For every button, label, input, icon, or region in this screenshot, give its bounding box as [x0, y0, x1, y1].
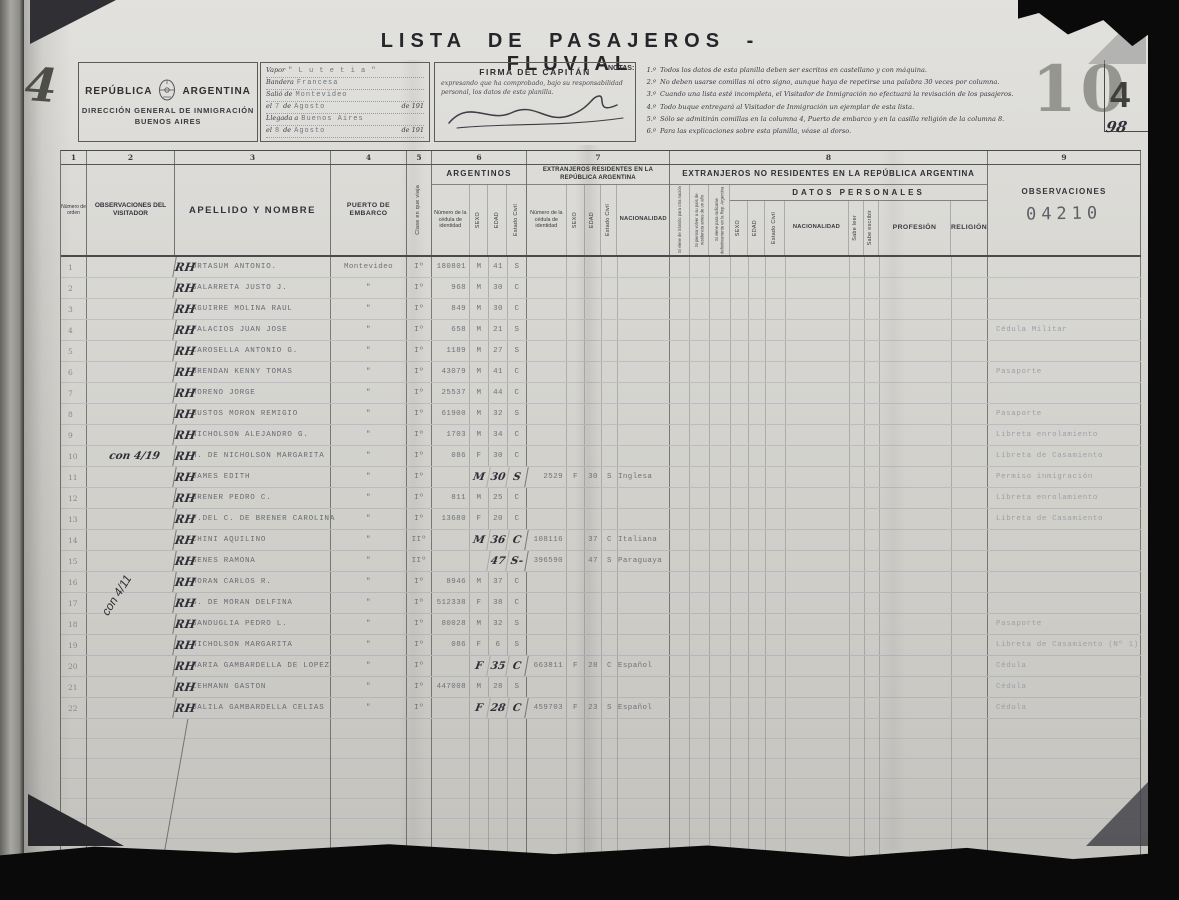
cell-empty — [710, 278, 731, 298]
cell-empty — [710, 467, 731, 487]
cell-empty — [766, 362, 786, 382]
cell-empty — [749, 467, 766, 487]
salio-label: Salió de — [266, 90, 292, 98]
cell-a_sexo: M — [470, 404, 489, 424]
cell-f_sexo — [567, 677, 585, 697]
col-number: 5 — [407, 151, 432, 164]
de-label: de — [283, 102, 291, 110]
cell-empty — [952, 635, 988, 655]
cell-f_sexo — [567, 257, 585, 277]
cell-name: RHLEHMANN GASTON — [175, 677, 331, 697]
cell-clase: IIº — [407, 530, 432, 550]
table-row: 9RHNICHOLSON ALEJANDRO G."Iº1703M34CLibr… — [61, 425, 1141, 446]
cell-a_ced — [432, 656, 470, 676]
col-header-religion: RELIGIÓN — [951, 224, 987, 232]
cell-n: 8 — [61, 404, 87, 424]
cell-visit — [85, 383, 177, 403]
cell-f_ced: 108116 — [527, 530, 567, 550]
cell-empty — [749, 593, 766, 613]
cell-empty — [731, 656, 749, 676]
cell-empty — [749, 656, 766, 676]
cell-empty — [766, 446, 786, 466]
cell-a_sexo: M — [470, 488, 489, 508]
cell-empty — [766, 383, 786, 403]
cell-empty — [670, 677, 690, 697]
cell-a_sexo: M — [470, 572, 489, 592]
cell-f_sexo: F — [567, 656, 585, 676]
cell-empty — [766, 488, 786, 508]
cell-name: RHGALARRETA JUSTO J. — [175, 278, 331, 298]
cell-empty — [731, 677, 749, 697]
el-label: el — [266, 102, 272, 110]
cell-empty — [710, 551, 731, 571]
note-text: Sólo se admitirán comillas en la columna… — [660, 113, 1004, 125]
cell-empty — [880, 446, 952, 466]
cell-empty — [952, 446, 988, 466]
cell-empty — [850, 719, 865, 871]
cell-f_nac — [618, 425, 670, 445]
cell-empty — [952, 467, 988, 487]
cell-empty — [865, 572, 880, 592]
cell-empty — [766, 257, 786, 277]
captain-signature — [441, 91, 629, 138]
voyage-details-box: Vapor" L u t e t i a " BanderaFrancesa S… — [260, 62, 430, 142]
cell-f_sexo — [567, 488, 585, 508]
cell-empty — [952, 278, 988, 298]
corner-column-number: 4 — [1110, 74, 1130, 116]
cell-f_edad — [585, 488, 602, 508]
cell-a_edad: 20 — [489, 509, 508, 529]
table-row: 3RHAGUIRRE MOLINA RAUL"Iº849M30C — [61, 299, 1141, 320]
cell-n: 17 — [61, 593, 87, 613]
cell-name: RHCHINI AQUILINO — [175, 530, 331, 550]
cell-obs — [988, 551, 1141, 571]
cell-empty — [766, 467, 786, 487]
passenger-name: BRENER PEDRO C. — [192, 494, 272, 502]
visitador-mark: RH — [174, 260, 193, 274]
cell-puerto: " — [331, 509, 407, 529]
cell-f_sexo — [567, 341, 585, 361]
cell-puerto: " — [331, 362, 407, 382]
cell-n: 22 — [61, 698, 87, 718]
cell-empty — [690, 362, 710, 382]
cell-empty — [880, 320, 952, 340]
note-text: Todos los datos de esta planilla deben s… — [660, 64, 927, 76]
table-row: 5RHCAROSELLA ANTONIO G."Iº1189M27S — [61, 341, 1141, 362]
cell-empty — [786, 320, 850, 340]
cell-f_ced — [527, 404, 567, 424]
cell-empty — [670, 509, 690, 529]
col-number: 8 — [670, 151, 988, 164]
cell-empty — [952, 341, 988, 361]
col-number: 1 — [61, 151, 87, 164]
cell-empty — [766, 278, 786, 298]
cell-empty — [880, 383, 952, 403]
cell-empty — [670, 341, 690, 361]
cell-empty — [880, 509, 952, 529]
cell-a_ced: 447008 — [432, 677, 470, 697]
cell-name: RHMORENO JORGE — [175, 383, 331, 403]
table-row: 4RHPALACIOS JUAN JOSE"Iº658M21SCédula Mi… — [61, 320, 1141, 341]
bandera-value: Francesa — [297, 79, 339, 87]
cell-empty — [731, 530, 749, 550]
cell-empty — [850, 383, 865, 403]
cell-empty — [731, 635, 749, 655]
cell-name: RHDALILA GAMBARDELLA CELIAS — [175, 698, 331, 718]
col-header-visitador: OBSERVACIONES DEL VISITADOR — [87, 202, 174, 219]
cell-empty — [850, 278, 865, 298]
cell-f_nac — [618, 278, 670, 298]
cell-obs — [988, 257, 1141, 277]
cell-empty — [952, 719, 988, 871]
visitador-mark: RH — [174, 470, 193, 484]
cell-empty — [880, 614, 952, 634]
cell-a_edad: 28 — [489, 677, 508, 697]
table-row: 13RHP.DEL C. DE BRENER CAROLINA"Iº13680F… — [61, 509, 1141, 530]
cell-empty — [710, 488, 731, 508]
cell-empty — [952, 614, 988, 634]
cell-f_sexo: F — [567, 698, 585, 718]
cell-puerto: " — [331, 698, 407, 718]
cell-name: RHGANDUGLIA PEDRO L. — [175, 614, 331, 634]
bandera-label: Bandera — [266, 78, 294, 86]
cell-empty — [786, 383, 850, 403]
table-row: 17RHG. DE MORAN DELFINA"Iº512338F38C — [61, 593, 1141, 614]
cell-f_sexo — [567, 404, 585, 424]
cell-n: 14 — [61, 530, 87, 550]
passenger-name: URTASUM ANTONIO. — [192, 263, 277, 271]
cell-obs: Libreta de Casamiento — [988, 509, 1141, 529]
cell-obs: Libreta de Casamiento — [988, 446, 1141, 466]
cell-empty — [690, 656, 710, 676]
cell-a_est: S — [508, 635, 527, 655]
cell-empty — [731, 446, 749, 466]
cell-f_est — [602, 593, 618, 613]
cell-empty — [850, 425, 865, 445]
visitador-mark: RH — [174, 533, 193, 547]
cell-f_edad — [585, 299, 602, 319]
visitador-mark: RH — [174, 680, 193, 694]
passenger-name: MORAN CARLOS R. — [192, 578, 272, 586]
cell-f_nac — [618, 257, 670, 277]
cell-f_est — [602, 341, 618, 361]
cell-empty — [880, 551, 952, 571]
column-number-row: 1 2 3 4 5 6 7 8 9 — [61, 151, 1141, 165]
col-header-observaciones: OBSERVACIONES — [1021, 187, 1106, 196]
cell-empty — [766, 635, 786, 655]
cell-n: 9 — [61, 425, 87, 445]
cell-empty — [766, 425, 786, 445]
cell-a_sexo: M — [470, 299, 489, 319]
cell-empty — [670, 698, 690, 718]
cell-a_edad: 41 — [489, 257, 508, 277]
cell-n: 5 — [61, 341, 87, 361]
visitador-mark: RH — [174, 575, 193, 589]
cell-empty — [850, 698, 865, 718]
cell-empty — [749, 551, 766, 571]
cell-f_ced — [527, 719, 567, 871]
cell-a_ced — [432, 698, 470, 718]
cell-visit — [85, 593, 177, 613]
cell-empty — [865, 719, 880, 871]
cell-empty — [690, 488, 710, 508]
note-number: 3.º — [642, 88, 656, 100]
passenger-name: PALACIOS JUAN JOSE — [192, 326, 287, 334]
cell-f_nac — [618, 320, 670, 340]
cell-f_sexo — [567, 383, 585, 403]
cell-empty — [749, 614, 766, 634]
cell-empty — [952, 572, 988, 592]
col-header-sabe-leer: Sabe leer — [852, 215, 859, 241]
cell-empty — [786, 698, 850, 718]
cell-f_ced — [527, 299, 567, 319]
col-number: 2 — [87, 151, 175, 164]
cell-visit — [85, 299, 177, 319]
cell-empty — [690, 509, 710, 529]
cell-f_sexo — [567, 362, 585, 382]
cell-empty — [749, 341, 766, 361]
cell-f_edad — [585, 719, 602, 871]
visitador-mark: RH — [174, 428, 193, 442]
cell-clase: Iº — [407, 509, 432, 529]
passenger-name: NICHOLSON ALEJANDRO G. — [192, 431, 309, 439]
cell-empty — [710, 320, 731, 340]
cell-f_ced — [527, 593, 567, 613]
cell-n: 4 — [61, 320, 87, 340]
cell-empty — [731, 383, 749, 403]
cell-puerto: " — [331, 320, 407, 340]
cell-a_sexo: M — [470, 677, 489, 697]
cell-f_est — [602, 362, 618, 382]
cell-empty — [766, 530, 786, 550]
cell-a_est: C — [508, 488, 527, 508]
cell-f_edad: 30 — [585, 467, 602, 487]
cell-empty — [710, 509, 731, 529]
group-header-ext-nores: EXTRANJEROS NO RESIDENTES EN LA REPÚBLIC… — [670, 165, 987, 185]
cell-empty — [865, 299, 880, 319]
cell-a_ced: 811 — [432, 488, 470, 508]
cell-name: RHNICHOLSON ALEJANDRO G. — [175, 425, 331, 445]
cell-empty — [952, 593, 988, 613]
cell-empty — [749, 299, 766, 319]
cell-empty — [865, 425, 880, 445]
cell-puerto: " — [331, 656, 407, 676]
cell-puerto: " — [331, 635, 407, 655]
cell-empty — [690, 257, 710, 277]
group-argentinos: ARGENTINOS Número de la cédula de identi… — [432, 165, 527, 255]
cell-clase: Iº — [407, 425, 432, 445]
cell-empty — [850, 677, 865, 697]
cell-empty — [952, 362, 988, 382]
cell-empty — [786, 509, 850, 529]
dia1-value: 7 — [275, 103, 280, 111]
cell-empty — [690, 551, 710, 571]
cell-empty — [865, 488, 880, 508]
cell-empty — [670, 593, 690, 613]
cell-n: 21 — [61, 677, 87, 697]
cell-visit — [85, 488, 177, 508]
col-header-volver: Si piensa volver a su país de residencia… — [694, 186, 705, 254]
cell-f_est — [602, 614, 618, 634]
org-line1b: ARGENTINA — [182, 86, 250, 97]
cell-empty — [749, 509, 766, 529]
visitador-mark: RH — [174, 302, 193, 316]
cell-empty — [731, 341, 749, 361]
mes1-value: Agosto — [294, 103, 325, 111]
cell-name: RHJAMES EDITH — [175, 467, 331, 487]
note-number: 5.º — [642, 113, 656, 125]
col-header-nombre: APELLIDO Y NOMBRE — [189, 205, 316, 216]
cell-f_edad — [585, 425, 602, 445]
cell-empty — [952, 425, 988, 445]
de191-label: de 191 — [402, 102, 424, 110]
cell-name: RHURTASUM ANTONIO. — [175, 257, 331, 277]
cell-empty — [731, 362, 749, 382]
cell-empty — [786, 677, 850, 697]
cell-obs — [988, 530, 1141, 550]
cell-empty — [952, 257, 988, 277]
cell-f_ced — [527, 635, 567, 655]
cell-obs: Pasaporte — [988, 614, 1141, 634]
table-body: 1RHURTASUM ANTONIO.MontevideoIº180801M41… — [61, 257, 1141, 871]
cell-empty — [670, 446, 690, 466]
cell-empty — [710, 404, 731, 424]
cell-obs — [988, 341, 1141, 361]
cell-a_edad: 25 — [489, 488, 508, 508]
cell-empty — [865, 551, 880, 571]
cell-f_ced — [527, 278, 567, 298]
col-header-cedula: Número de la cédula de identidad — [527, 210, 566, 230]
cell-f_edad — [585, 572, 602, 592]
cell-empty — [749, 698, 766, 718]
group-header-datos: DATOS PERSONALES — [730, 185, 987, 201]
cell-f_est: S — [602, 698, 618, 718]
cell-f_sexo — [567, 425, 585, 445]
passenger-name: BUSTOS MORON REMIGIO — [192, 410, 298, 418]
passenger-name: LEHMANN GASTON — [192, 683, 266, 691]
cell-empty — [749, 635, 766, 655]
cell-f_ced — [527, 425, 567, 445]
cell-empty — [670, 530, 690, 550]
group-header-ext-res: EXTRANJEROS RESIDENTES EN LA REPÚBLICA A… — [527, 165, 669, 185]
cell-name: RHNICHOLSON MARGARITA — [175, 635, 331, 655]
cell-empty — [880, 362, 952, 382]
cell-n: 2 — [61, 278, 87, 298]
cell-empty — [786, 467, 850, 487]
cell-obs: Pasaporte — [988, 362, 1141, 382]
visitador-mark: RH — [174, 323, 193, 337]
cell-a_ced: 849 — [432, 299, 470, 319]
cell-empty — [731, 425, 749, 445]
cell-empty — [865, 509, 880, 529]
cell-f_ced — [527, 320, 567, 340]
cell-empty — [850, 467, 865, 487]
cell-a_ced: 1703 — [432, 425, 470, 445]
cell-empty — [880, 572, 952, 592]
note-number: 6.º — [642, 125, 656, 137]
cell-f_edad: 23 — [585, 698, 602, 718]
cell-name: RHMARIA GAMBARDELLA DE LOPEZ — [175, 656, 331, 676]
cell-empty — [710, 299, 731, 319]
cell-empty — [865, 257, 880, 277]
cell-puerto: " — [331, 425, 407, 445]
cell-obs: Cédula — [988, 677, 1141, 697]
cell-name: RHBRENER PEDRO C. — [175, 488, 331, 508]
cell-f_nac — [618, 614, 670, 634]
cell-empty — [731, 320, 749, 340]
cell-empty — [749, 530, 766, 550]
cell-empty — [690, 467, 710, 487]
cell-empty — [766, 572, 786, 592]
cell-empty — [731, 488, 749, 508]
table-row: 16RHMORAN CARLOS R."Iº8946M37C — [61, 572, 1141, 593]
cell-a_edad: 34 — [489, 425, 508, 445]
cell-visit — [85, 404, 177, 424]
cell-obs: Permiso inmigración — [988, 467, 1141, 487]
passenger-name: JAMES EDITH — [192, 473, 250, 481]
col-number: 4 — [331, 151, 407, 164]
cell-empty — [880, 299, 952, 319]
group-header-argentinos: ARGENTINOS — [432, 165, 526, 185]
cell-empty — [731, 404, 749, 424]
table-row: 7RHMORENO JORGE"Iº25537M44C — [61, 383, 1141, 404]
cell-obs — [988, 278, 1141, 298]
el-label: el — [266, 126, 272, 134]
cell-f_ced: 663811 — [527, 656, 567, 676]
cell-name: RHMORAN CARLOS R. — [175, 572, 331, 592]
col-header-radicarse: Si viene para radicarse definitivamente … — [714, 186, 725, 254]
col-header-clase: Clase en que viaja — [415, 185, 422, 235]
cell-empty — [690, 383, 710, 403]
cell-clase: Iº — [407, 257, 432, 277]
cell-f_est — [602, 278, 618, 298]
cell-f_nac: Paraguaya — [618, 551, 670, 571]
cell-a_est: C — [506, 656, 529, 676]
cell-clase: Iº — [407, 446, 432, 466]
vapor-label: Vapor — [266, 66, 285, 74]
cell-empty — [690, 677, 710, 697]
cell-clase: Iº — [407, 698, 432, 718]
cell-puerto: " — [331, 614, 407, 634]
cell-f_nac — [618, 383, 670, 403]
passenger-name: H. DE NICHOLSON MARGARITA — [192, 452, 325, 460]
cell-empty — [952, 320, 988, 340]
cell-empty — [749, 383, 766, 403]
cell-f_est — [602, 299, 618, 319]
cell-empty — [850, 593, 865, 613]
cell-a_ced: 968 — [432, 278, 470, 298]
cell-puerto: " — [331, 677, 407, 697]
cell-visit — [85, 341, 177, 361]
cell-a_est: C — [508, 572, 527, 592]
cell-f_nac — [618, 299, 670, 319]
cell-empty — [749, 446, 766, 466]
col-header-edad: EDAD — [752, 220, 759, 236]
cell-clase: Iº — [407, 383, 432, 403]
cell-a_sexo — [470, 719, 489, 871]
notes-label: NOTAS: — [608, 65, 634, 72]
cell-a_ced: 1189 — [432, 341, 470, 361]
visitador-mark: RH — [174, 596, 193, 610]
cell-a_sexo: F — [470, 509, 489, 529]
cell-empty — [865, 341, 880, 361]
cell-visit — [85, 656, 177, 676]
cell-a_edad: 41 — [489, 362, 508, 382]
cell-f_edad — [585, 362, 602, 382]
col-header-edad: EDAD — [494, 212, 501, 228]
cell-name: RHP.DEL C. DE BRENER CAROLINA — [175, 509, 331, 529]
cell-n: 15 — [61, 551, 87, 571]
